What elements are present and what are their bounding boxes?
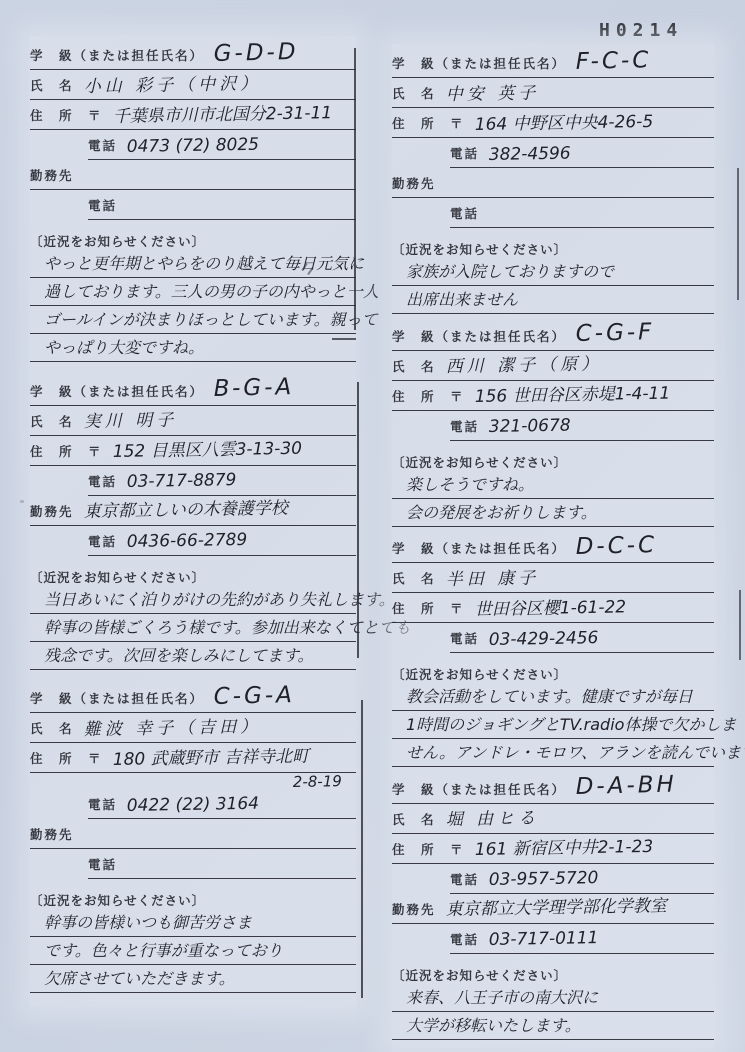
right-column: 学 級（または担任氏名）F-C-C氏 名中安 英子住 所 〒164 中野区中央4…: [392, 44, 714, 1047]
workplace-value: 東京都立しいの木養護学校: [83, 500, 287, 523]
form-entry-block: 学 級（または担任氏名）D-A-BH氏 名堀 由ヒる住 所 〒161 新宿区中井…: [392, 774, 714, 1039]
phone-value: 03-717-8879: [127, 471, 237, 492]
form-entry-block: 学 級（または担任氏名）G-D-D氏 名小山 彩子（中沢）住 所 〒千葉県市川市…: [30, 41, 356, 362]
workplace-field-row: 勤務先東京都立大学理学部化学教室: [392, 899, 714, 924]
name-value: 実川 明子: [83, 412, 177, 433]
phone-field-row: 電話321-0678: [450, 416, 714, 441]
note-line: せん。アンドレ・モロワ、アランを読んでいます: [392, 744, 714, 767]
workplace-phone-row-label: 電話: [450, 930, 479, 951]
class-field-row: 学 級（または担任氏名）B-G-A: [30, 376, 356, 405]
class-code-value: F-C-C: [575, 47, 651, 75]
name-value: 西川 潔子（原）: [445, 356, 602, 378]
name-field-row-label: 氏 名: [392, 569, 436, 590]
note-line-text: やっぱり大変ですね。: [44, 338, 204, 357]
note-line-text: 当日あいにく泊りがけの先約があり失礼します。: [44, 590, 395, 609]
note-line: 幹事の皆様ごくろう様です。参加出来なくてとても: [30, 619, 356, 642]
column-divider-line: [354, 48, 356, 330]
address-field-row-label: 住 所 〒: [392, 114, 465, 135]
address-field-row-label: 住 所 〒: [392, 387, 465, 408]
address-second-line-value: 2-8-19: [293, 773, 342, 791]
note-line: 大学が移転いたします。: [392, 1017, 714, 1040]
name-value: 中安 英子: [445, 84, 539, 105]
name-field-row: 氏 名小山 彩子（中沢）: [30, 75, 356, 100]
note-line: 出席出来ません: [392, 291, 714, 314]
note-line: 残念です。次回を楽しみにしてます。: [30, 647, 356, 670]
class-field-row-label: 学 級（または担任氏名）: [30, 46, 204, 67]
phone-value: 0422 (22) 3164: [127, 794, 260, 816]
address-field-row: 住 所 〒180 武蔵野市 吉祥寺北町: [30, 748, 356, 773]
workplace-phone-row: 電話: [88, 195, 356, 220]
note-line: 欠席させていただきます。: [30, 970, 356, 993]
note-line-text: 1時間のジョギングとTV.radio体操で欠かしま: [406, 715, 736, 734]
note-line: やっぱり大変ですね。: [30, 339, 356, 362]
class-field-row-label: 学 級（または担任氏名）: [392, 539, 566, 560]
workplace-phone-row-label: 電話: [450, 204, 479, 225]
note-line: 来春、八王子市の南大沢に: [392, 989, 714, 1012]
address-value: 161 新宿区中井2-1-23: [474, 838, 653, 861]
column-divider-line: [361, 700, 363, 998]
class-field-row: 学 級（または担任氏名）F-C-C: [392, 49, 714, 78]
address-field-row: 住 所 〒164 中野区中央4-26-5: [392, 113, 714, 138]
note-line-text: 過しております。三人の男の子の内やっと一人: [44, 282, 379, 301]
class-field-row: 学 級（または担任氏名）C-G-F: [392, 321, 714, 350]
name-field-row: 氏 名半田 康子: [392, 568, 714, 593]
note-line: 幹事の皆様いつも御苦労さま: [30, 914, 356, 937]
form-entry-block: 学 級（または担任氏名）C-G-F氏 名西川 潔子（原）住 所 〒156 世田谷…: [392, 321, 714, 526]
name-value: 堀 由ヒる: [445, 810, 539, 831]
address-field-row-label: 住 所 〒: [392, 840, 465, 861]
address-value: 180 武蔵野市 吉祥寺北町: [112, 747, 309, 770]
phone-field-row: 電話0422 (22) 3164: [88, 794, 356, 819]
workplace-field-row: 勤務先: [392, 173, 714, 198]
note-line-text: です。色々と行事が重なっており: [44, 941, 283, 960]
workplace-field-row: 勤務先: [30, 165, 356, 190]
workplace-phone-row-label: 電話: [88, 532, 117, 553]
workplace-phone-row: 電話03-717-0111: [450, 929, 714, 954]
note-line-text: 幹事の皆様ごくろう様です。参加出来なくてとても: [44, 618, 411, 637]
address-value: 世田谷区櫻1-61-22: [474, 598, 626, 620]
phone-value: 03-429-2456: [489, 629, 599, 650]
note-line-text: 幹事の皆様いつも御苦労さま: [44, 913, 252, 932]
note-line-text: ゴールインが決まりほっとしています。親って: [44, 310, 378, 329]
name-field-row-label: 氏 名: [392, 357, 436, 378]
address-field-row: 住 所 〒千葉県市川市北国分2-31-11: [30, 105, 356, 130]
workplace-phone-value: 03-717-0111: [489, 929, 599, 950]
address-field-row-label: 住 所 〒: [30, 106, 103, 127]
workplace-field-row-label: 勤務先: [392, 900, 436, 921]
phone-field-row-label: 電話: [88, 136, 117, 157]
note-line: 楽しそうですね。: [392, 476, 714, 499]
divider-tick-mark: [332, 338, 356, 340]
class-field-row: 学 級（または担任氏名）G-D-D: [30, 41, 356, 70]
note-line: 家族が入院しておりますので: [392, 263, 714, 286]
address-field-row-label: 住 所 〒: [30, 442, 103, 463]
phone-field-row-label: 電話: [450, 144, 479, 165]
note-line-text: 来春、八王子市の南大沢に: [406, 988, 598, 1007]
note-line-text: 家族が入院しておりますので: [406, 262, 614, 281]
name-field-row-label: 氏 名: [30, 719, 74, 740]
form-entry-block: 学 級（または担任氏名）F-C-C氏 名中安 英子住 所 〒164 中野区中央4…: [392, 49, 714, 314]
note-line-text: 会の発展をお祈りします。: [406, 503, 597, 522]
address-field-row: 住 所 〒156 世田谷区赤堤1-4-11: [392, 386, 714, 411]
workplace-phone-row-label: 電話: [88, 855, 117, 876]
phone-field-row-label: 電話: [450, 417, 479, 438]
note-heading: 〔近況をお知らせください〕: [392, 966, 714, 984]
note-line: 当日あいにく泊りがけの先約があり失礼します。: [30, 591, 356, 614]
class-field-row-label: 学 級（または担任氏名）: [392, 54, 566, 75]
address-value: 156 世田谷区赤堤1-4-11: [474, 385, 670, 408]
note-line: 会の発展をお祈りします。: [392, 504, 714, 527]
note-line: です。色々と行事が重なっており: [30, 942, 356, 965]
name-field-row: 氏 名中安 英子: [392, 83, 714, 108]
note-heading: 〔近況をお知らせください〕: [30, 232, 356, 250]
address-field-row-label: 住 所 〒: [392, 599, 465, 620]
phone-value: 0473 (72) 8025: [127, 136, 260, 158]
form-entry-block: 学 級（または担任氏名）B-G-A氏 名実川 明子住 所 〒152 目黒区八雲3…: [30, 376, 356, 669]
workplace-field-row: 勤務先: [30, 824, 356, 849]
workplace-phone-row: 電話: [88, 854, 356, 879]
workplace-phone-row: 電話0436-66-2789: [88, 531, 356, 556]
note-line: 教会活動をしています。健康ですが毎日: [392, 688, 714, 711]
name-value: 半田 康子: [445, 569, 539, 590]
address-field-row: 住 所 〒世田谷区櫻1-61-22: [392, 598, 714, 623]
phone-field-row-label: 電話: [88, 472, 117, 493]
note-heading: 〔近況をお知らせください〕: [30, 568, 356, 586]
workplace-field-row-label: 勤務先: [30, 502, 74, 523]
class-field-row-label: 学 級（または担任氏名）: [392, 780, 566, 801]
class-field-row-label: 学 級（または担任氏名）: [30, 689, 204, 710]
workplace-value: 東京都立大学理学部化学教室: [445, 897, 666, 920]
phone-field-row-label: 電話: [450, 870, 479, 891]
phone-value: 382-4596: [489, 144, 571, 165]
phone-field-row: 電話382-4596: [450, 143, 714, 168]
name-field-row: 氏 名西川 潔子（原）: [392, 356, 714, 381]
address-value: 千葉県市川市北国分2-31-11: [112, 104, 332, 127]
note-line-text: 出席出来ません: [406, 290, 518, 309]
workplace-phone-row-label: 電話: [88, 196, 117, 217]
class-code-value: G-D-D: [213, 39, 298, 68]
name-field-row-label: 氏 名: [30, 412, 74, 433]
address-second-line: 2-8-19: [30, 774, 356, 792]
class-code-value: C-G-A: [213, 682, 295, 710]
note-line-text: 欠席させていただきます。: [44, 969, 235, 988]
name-field-row: 氏 名堀 由ヒる: [392, 809, 714, 834]
name-value: 小山 彩子（中沢）: [83, 75, 261, 98]
note-line-text: せん。アンドレ・モロワ、アランを読んでいます: [406, 743, 745, 762]
name-field-row-label: 氏 名: [30, 76, 74, 97]
phone-field-row: 電話03-429-2456: [450, 628, 714, 653]
phone-field-row: 電話03-957-5720: [450, 869, 714, 894]
note-line-text: 教会活動をしています。健康ですが毎日: [406, 687, 693, 706]
scan-edge-line: [739, 590, 741, 660]
name-field-row-label: 氏 名: [392, 84, 436, 105]
scan-edge-line: [737, 168, 739, 300]
workplace-field-row-label: 勤務先: [30, 166, 74, 187]
name-field-row: 氏 名難波 幸子（吉田）: [30, 718, 356, 743]
phone-value: 321-0678: [489, 417, 571, 438]
address-field-row: 住 所 〒161 新宿区中井2-1-23: [392, 839, 714, 864]
address-value: 152 目黒区八雲3-13-30: [112, 440, 302, 463]
note-line: やっと更年期とやらをのり越えて毎日元気に: [30, 255, 356, 278]
scan-artifact: [20, 500, 24, 503]
class-code-value: D-C-C: [575, 532, 657, 560]
phone-field-row: 電話0473 (72) 8025: [88, 135, 356, 160]
note-heading: 〔近況をお知らせください〕: [392, 240, 714, 258]
note-heading: 〔近況をお知らせください〕: [30, 891, 356, 909]
scanned-form-page: H0214 学 級（または担任氏名）G-D-D氏 名小山 彩子（中沢）住 所 〒…: [0, 0, 745, 1052]
phone-field-row: 電話03-717-8879: [88, 471, 356, 496]
name-field-row: 氏 名実川 明子: [30, 411, 356, 436]
class-field-row: 学 級（または担任氏名）D-A-BH: [392, 774, 714, 803]
class-field-row: 学 級（または担任氏名）C-G-A: [30, 684, 356, 713]
note-line-text: 大学が移転いたします。: [406, 1016, 581, 1035]
note-line: 過しております。三人の男の子の内やっと一人: [30, 283, 356, 306]
document-code: H0214: [599, 20, 683, 41]
address-field-row-label: 住 所 〒: [30, 749, 103, 770]
name-field-row-label: 氏 名: [392, 810, 436, 831]
form-entry-block: 学 級（または担任氏名）D-C-C氏 名半田 康子住 所 〒世田谷区櫻1-61-…: [392, 534, 714, 767]
workplace-field-row-label: 勤務先: [392, 174, 436, 195]
form-entry-block: 学 級（または担任氏名）C-G-A氏 名難波 幸子（吉田）住 所 〒180 武蔵…: [30, 684, 356, 993]
name-value: 難波 幸子（吉田）: [83, 718, 261, 741]
class-field-row: 学 級（または担任氏名）D-C-C: [392, 534, 714, 563]
address-value: 164 中野区中央4-26-5: [474, 113, 653, 136]
note-line: ゴールインが決まりほっとしています。親って: [30, 311, 356, 334]
note-line-text: 残念です。次回を楽しみにしてます。: [44, 646, 313, 665]
note-line-text: やっと更年期とやらをのり越えて毎日元気に: [44, 254, 364, 273]
note-heading: 〔近況をお知らせください〕: [392, 665, 714, 683]
note-line-text: 楽しそうですね。: [406, 475, 534, 494]
column-divider-line: [357, 382, 359, 658]
phone-field-row-label: 電話: [450, 629, 479, 650]
phone-value: 03-957-5720: [489, 869, 599, 890]
note-heading: 〔近況をお知らせください〕: [392, 453, 714, 471]
address-field-row: 住 所 〒152 目黒区八雲3-13-30: [30, 441, 356, 466]
class-field-row-label: 学 級（または担任氏名）: [30, 382, 204, 403]
workplace-phone-row: 電話: [450, 203, 714, 228]
note-line: 1時間のジョギングとTV.radio体操で欠かしま: [392, 716, 714, 739]
workplace-phone-value: 0436-66-2789: [127, 531, 248, 553]
class-code-value: D-A-BH: [575, 772, 677, 801]
left-column: 学 級（または担任氏名）G-D-D氏 名小山 彩子（中沢）住 所 〒千葉県市川市…: [30, 36, 356, 1007]
phone-field-row-label: 電話: [88, 795, 117, 816]
class-code-value: B-G-A: [213, 374, 294, 402]
class-code-value: C-G-F: [575, 320, 654, 348]
workplace-field-row-label: 勤務先: [30, 825, 74, 846]
class-field-row-label: 学 級（または担任氏名）: [392, 327, 566, 348]
workplace-field-row: 勤務先東京都立しいの木養護学校: [30, 501, 356, 526]
